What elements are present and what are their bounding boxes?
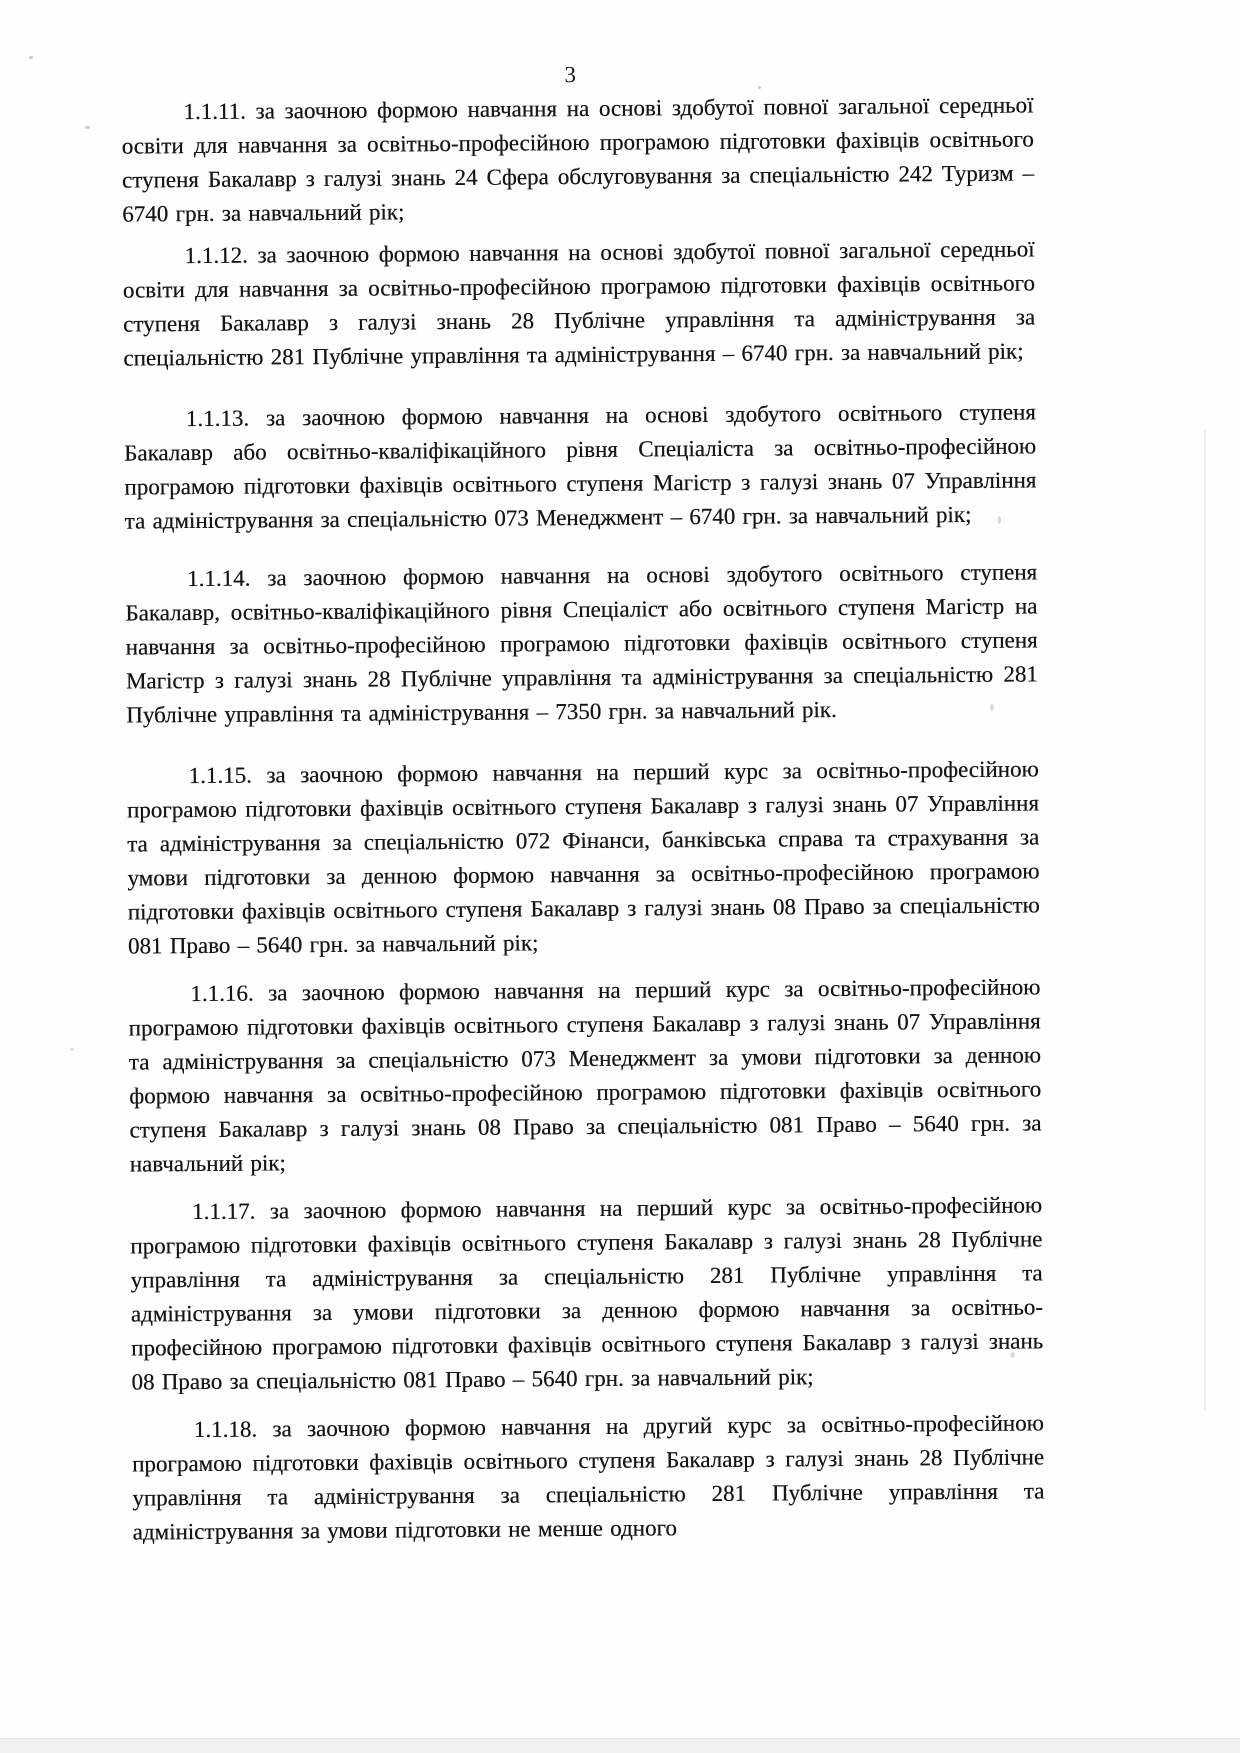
scan-speck xyxy=(990,704,994,711)
scanned-document-page: 3 1.1.11. за заочною формою навчання на … xyxy=(0,0,1240,1753)
scan-speck xyxy=(85,126,90,129)
scan-speck xyxy=(29,56,33,59)
paragraph-1-1-15: 1.1.15. за заочною формою навчання на пе… xyxy=(126,752,1040,963)
paragraph-1-1-14: 1.1.14. за заочною формою навчання на ос… xyxy=(125,555,1038,732)
scan-speck xyxy=(1014,1242,1018,1249)
paragraph-1-1-16: 1.1.16. за заочною формою навчання на пе… xyxy=(128,970,1042,1181)
paragraph-1-1-17: 1.1.17. за заочною формою навчання на пе… xyxy=(130,1188,1044,1399)
paragraph-1-1-11: 1.1.11. за заочною формою навчання на ос… xyxy=(121,88,1034,231)
paragraph-1-1-12: 1.1.12. за заочною формою навчання на ос… xyxy=(122,232,1035,375)
paragraph-1-1-13: 1.1.13. за заочною формою навчання на ос… xyxy=(124,395,1037,538)
scan-bottom-band xyxy=(0,1738,1240,1753)
scan-speck xyxy=(758,86,761,89)
paragraph-1-1-18: 1.1.18. за заочною формою навчання на др… xyxy=(132,1406,1045,1549)
document-text-block: 3 1.1.11. за заочною формою навчання на … xyxy=(121,54,1045,1549)
scan-speck xyxy=(70,1048,74,1051)
scan-speck xyxy=(1010,1352,1015,1358)
scan-speck xyxy=(998,516,1001,524)
scan-edge-line xyxy=(1204,430,1206,1410)
